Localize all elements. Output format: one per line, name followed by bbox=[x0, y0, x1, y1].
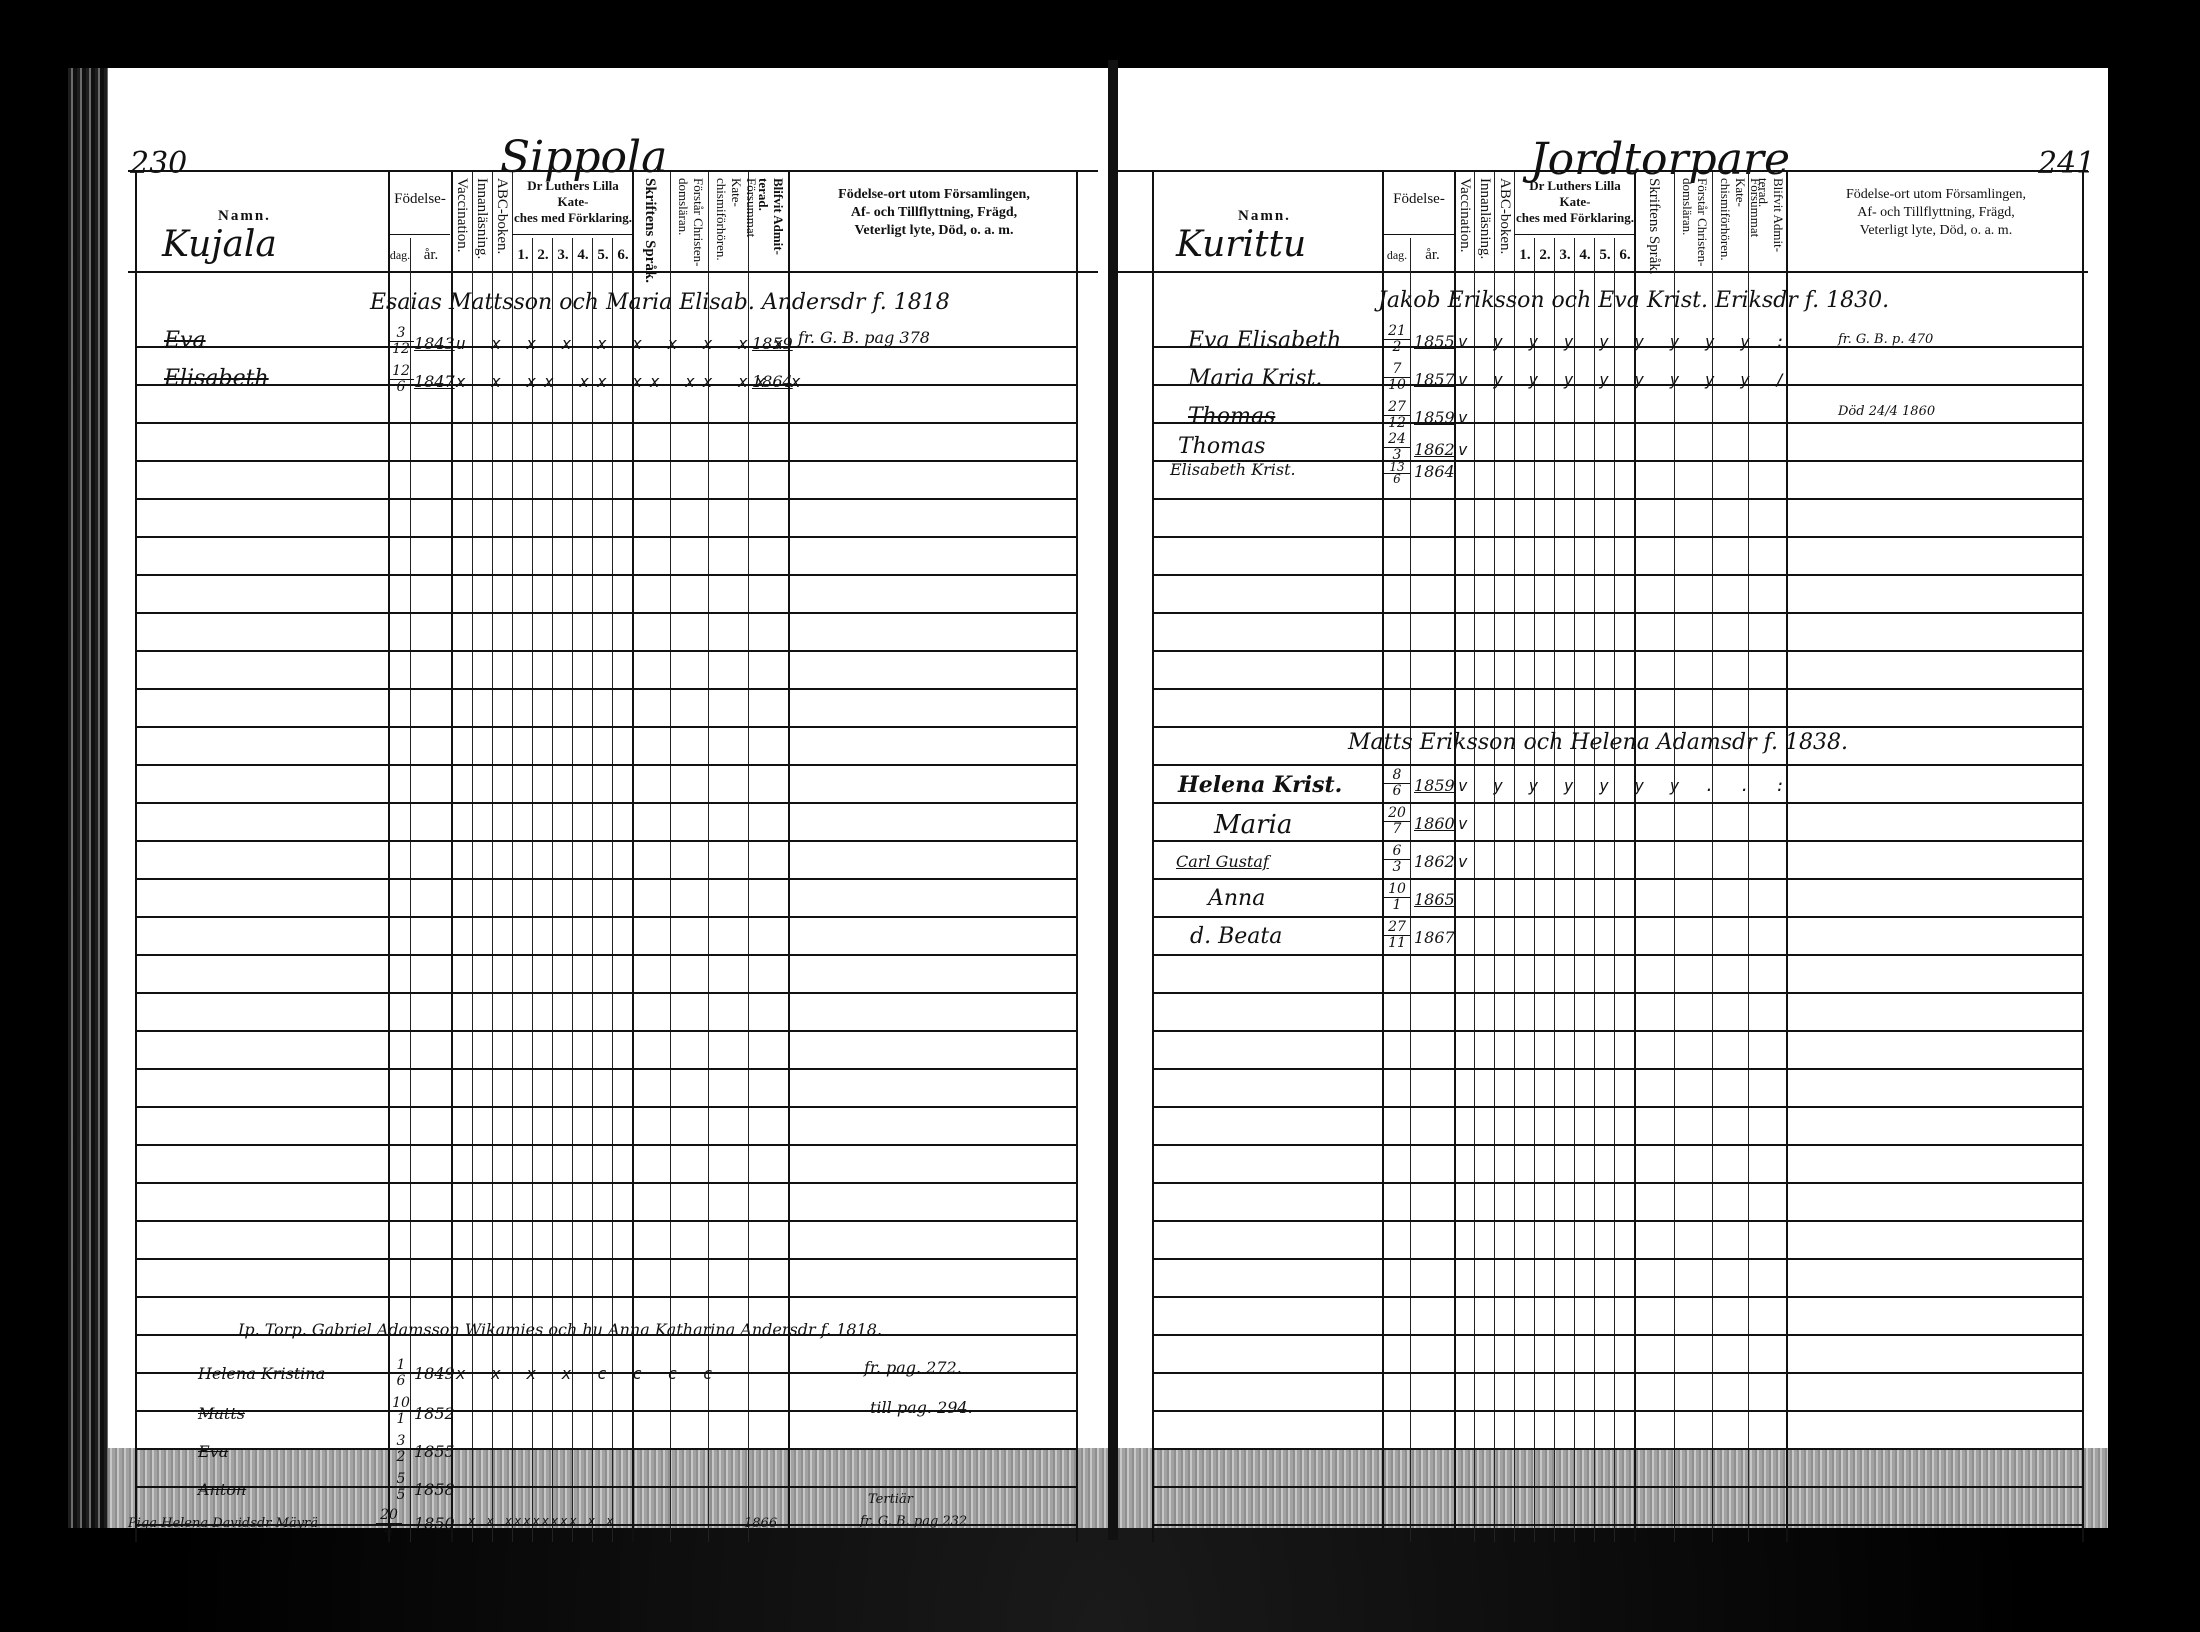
birth-year: 1860 bbox=[1414, 814, 1455, 833]
entry-name: Helena Krist. bbox=[1178, 772, 1342, 798]
header-admitterad: Blifvit Admit-terad. bbox=[756, 178, 786, 268]
remarks: Tertiär bbox=[868, 1492, 913, 1507]
entry-name: Elisabeth bbox=[164, 366, 269, 391]
birth-year: 1865 bbox=[1414, 890, 1455, 909]
header-katekes: Dr Luthers Lilla Kate- ches med Förklari… bbox=[513, 178, 633, 226]
birth-month: 12 bbox=[392, 341, 410, 357]
birth-day: 7 bbox=[1384, 362, 1410, 378]
family-header: Ip. Torp. Gabriel Adamsson Wikamies och … bbox=[238, 1320, 882, 1339]
entry-name: Thomas bbox=[1188, 404, 1275, 429]
remarks-line1: Födelse-ort utom Församlingen, bbox=[1846, 187, 2026, 202]
birth-year: 1852 bbox=[414, 1404, 455, 1423]
header-top-rule bbox=[1118, 170, 2088, 172]
left-farm-name: Kujala bbox=[162, 224, 277, 265]
sub-rule bbox=[512, 234, 632, 235]
birth-day: 12 bbox=[388, 364, 414, 380]
catechism-marks: v y y y y y y y y : bbox=[1458, 332, 1793, 351]
birth-month: 6 bbox=[1393, 783, 1402, 799]
birth-month: 6 bbox=[397, 1373, 406, 1389]
birth-day: 5 bbox=[388, 1472, 414, 1488]
remarks: fr. G. B. pag 232 bbox=[860, 1514, 967, 1529]
birth-day: 24 bbox=[1384, 432, 1410, 448]
header-innanlasning: Innanläsning. bbox=[1477, 178, 1492, 259]
family-header: Esaias Mattsson och Maria Elisab. Anders… bbox=[370, 290, 950, 315]
header-kat-2: 2. bbox=[1535, 246, 1555, 264]
remarks-line1: Födelse-ort utom Församlingen, bbox=[838, 187, 1030, 202]
birth-month: 1 bbox=[1393, 897, 1402, 913]
birth-day: 10 bbox=[388, 1396, 414, 1412]
header-bottom-rule bbox=[128, 271, 1098, 273]
entry-name: Maria bbox=[1214, 810, 1292, 840]
birth-year: 1859 bbox=[1414, 776, 1455, 795]
birth-year: 1862 bbox=[1414, 852, 1455, 871]
ruled-lines bbox=[1153, 310, 2082, 1530]
family-header: Jakob Eriksson och Eva Krist. Eriksdr f.… bbox=[1378, 288, 1889, 313]
header-remarks: Födelse-ort utom Församlingen, Af- och T… bbox=[1790, 186, 2082, 240]
birth-day: 8 bbox=[1384, 768, 1410, 784]
header-kat-6: 6. bbox=[1615, 246, 1635, 264]
right-page: Jordtorpare 241 Namn. Kurittu Födelse- d… bbox=[1118, 68, 2108, 1528]
header-kat-4: 4. bbox=[1575, 246, 1595, 264]
entry-name: Helena Kristina bbox=[198, 1364, 325, 1383]
entry-name: Thomas bbox=[1178, 434, 1265, 459]
birth-month: 10 bbox=[1388, 377, 1406, 393]
remarks: till pag. 294. bbox=[870, 1398, 973, 1417]
entry-name: Anton bbox=[198, 1480, 246, 1499]
catechism-marks: v y y y y y y y y / bbox=[1458, 370, 1793, 389]
left-page: 230 Sippola Namn. Kujala Födelse- dag. å… bbox=[108, 68, 1108, 1528]
birth-year: 1862 bbox=[1414, 440, 1455, 459]
header-top-rule bbox=[128, 170, 1098, 172]
catechism-marks: u x x x x x x x x x bbox=[456, 334, 791, 353]
header-katekes-line1: Dr Luthers Lilla Kate- bbox=[527, 178, 619, 209]
family-header: Matts Eriksson och Helena Adamsdr f. 183… bbox=[1348, 730, 1848, 755]
header-katekes-line2: ches med Förklaring. bbox=[1516, 210, 1634, 225]
birth-month: 6 bbox=[1393, 472, 1401, 486]
birth-month: 1 bbox=[397, 1411, 406, 1427]
header-forstar: Förstår Christen-domsläran. bbox=[1680, 178, 1710, 268]
header-forstar: Förstår Christen-domsläran. bbox=[676, 178, 706, 268]
catechism-marks: v bbox=[1458, 408, 1476, 427]
ruled-lines bbox=[136, 310, 1076, 1530]
birth-month: 5 bbox=[397, 1487, 406, 1503]
header-admitterad: Blifvit Admit-terad. bbox=[1756, 178, 1786, 268]
header-kat-3: 3. bbox=[553, 246, 573, 264]
entry-name: Piga Helena Davidsdr Mäyrä bbox=[128, 1516, 318, 1531]
header-bottom-rule bbox=[1118, 271, 2088, 273]
catechism-marks: v bbox=[1458, 814, 1476, 833]
header-abc-boken: ABC-boken. bbox=[1497, 178, 1512, 254]
sub-rule bbox=[390, 234, 450, 235]
catechism-marks: v bbox=[1458, 852, 1476, 871]
header-kat-1: 1. bbox=[513, 246, 533, 264]
birth-year: 1850 bbox=[414, 1514, 455, 1533]
admitted-year: 1859 bbox=[752, 334, 793, 353]
birth-day: 20 bbox=[376, 1508, 402, 1524]
birth-month: 3 bbox=[1393, 859, 1402, 875]
entry-name: Matts bbox=[198, 1404, 245, 1423]
remarks-line2: Af- och Tillflyttning, Frägd, bbox=[1857, 205, 2015, 220]
entry-name: Elisabeth Krist. bbox=[1170, 460, 1296, 479]
birth-year: 1858 bbox=[414, 1480, 455, 1499]
header-namn: Namn. bbox=[218, 208, 271, 225]
book-spine bbox=[1108, 60, 1118, 1540]
remarks: Död 24/4 1860 bbox=[1838, 404, 1935, 419]
header-vaccination: Vaccination. bbox=[454, 178, 469, 253]
header-katekes-line1: Dr Luthers Lilla Kate- bbox=[1529, 178, 1621, 209]
birth-year: 1855 bbox=[414, 1442, 455, 1461]
birth-month: 6 bbox=[397, 379, 406, 395]
entry-name: Eva Elisabeth bbox=[1188, 328, 1341, 353]
header-katekes-line2: ches med Förklaring. bbox=[514, 210, 632, 225]
birth-month: 7 bbox=[1393, 821, 1402, 837]
catechism-marks: x x x x c c c c bbox=[456, 1364, 721, 1383]
left-page-number: 230 bbox=[130, 146, 187, 181]
entry-name: Carl Gustaf bbox=[1176, 852, 1269, 871]
birth-year: 1847 bbox=[414, 372, 455, 391]
right-border bbox=[1076, 172, 1078, 1542]
remarks-line3: Veterligt lyte, Död, o. a. m. bbox=[855, 223, 1014, 238]
right-farm-name: Kurittu bbox=[1176, 224, 1306, 265]
birth-year: 1867 bbox=[1414, 928, 1455, 947]
header-namn: Namn. bbox=[1238, 208, 1291, 225]
sub-rule bbox=[1384, 234, 1454, 235]
header-remarks: Födelse-ort utom Församlingen, Af- och T… bbox=[792, 186, 1076, 240]
catechism-marks: v y y y y y y . . : bbox=[1458, 776, 1793, 795]
sub-rule bbox=[1514, 234, 1634, 235]
header-fodelse: Födelse- bbox=[1384, 190, 1454, 208]
header-kat-4: 4. bbox=[573, 246, 593, 264]
header-fodelse: Födelse- bbox=[390, 190, 450, 208]
admitted-year: 1864 bbox=[752, 372, 793, 391]
header-dag: dag. bbox=[1383, 246, 1411, 264]
header-kat-6: 6. bbox=[613, 246, 633, 264]
birth-day: 3 bbox=[388, 1434, 414, 1450]
birth-month: 12 bbox=[1388, 415, 1406, 431]
header-skriftens-sprak: Skriftens Språk. bbox=[642, 178, 657, 283]
left-village-name: Sippola bbox=[500, 132, 667, 183]
right-border bbox=[2082, 172, 2084, 1542]
header-forsummat: Försummat Kate-chismiförhören. bbox=[714, 178, 759, 268]
birth-month: 2 bbox=[397, 1449, 406, 1465]
header-katekes: Dr Luthers Lilla Kate- ches med Förklari… bbox=[1515, 178, 1635, 226]
entry-name: d. Beata bbox=[1190, 924, 1282, 949]
header-skriftens-sprak: Skriftens Språk. bbox=[1646, 178, 1661, 275]
birth-month: 2 bbox=[1393, 339, 1402, 355]
header-kat-2: 2. bbox=[533, 246, 553, 264]
birth-year: 1859 bbox=[1414, 408, 1455, 427]
header-abc-boken: ABC-boken. bbox=[494, 178, 509, 254]
header-dag: dag. bbox=[389, 246, 411, 264]
birth-year: 1849 bbox=[414, 1364, 455, 1383]
birth-year: 1855 bbox=[1414, 332, 1455, 351]
birth-day: 6 bbox=[1384, 844, 1410, 860]
birth-day: 21 bbox=[1384, 324, 1410, 340]
header-vaccination: Vaccination. bbox=[1457, 178, 1472, 253]
catechism-marks: v bbox=[1458, 440, 1476, 459]
birth-day: 10 bbox=[1384, 882, 1410, 898]
header-innanlasning: Innanläsning. bbox=[474, 178, 489, 259]
right-page-number: 241 bbox=[2038, 146, 2095, 181]
entry-name: Anna bbox=[1208, 886, 1265, 911]
birth-day: 27 bbox=[1384, 920, 1410, 936]
birth-day: 3 bbox=[388, 326, 414, 342]
birth-year: 1857 bbox=[1414, 370, 1455, 389]
birth-month: 4 bbox=[385, 1523, 394, 1539]
catechism-marks: x x xxxxxxxx x x bbox=[468, 1514, 616, 1528]
birth-day: 1 bbox=[388, 1358, 414, 1374]
admitted-year: 1866 bbox=[744, 1516, 777, 1531]
birth-year: 1864 bbox=[1414, 462, 1455, 481]
header-ar: år. bbox=[1411, 246, 1454, 264]
header-ar: år. bbox=[411, 246, 451, 264]
birth-year: 1843 bbox=[414, 334, 455, 353]
header-kat-1: 1. bbox=[1515, 246, 1535, 264]
birth-month: 11 bbox=[1388, 935, 1406, 951]
remarks-line3: Veterligt lyte, Död, o. a. m. bbox=[1860, 223, 2012, 238]
header-kat-5: 5. bbox=[593, 246, 613, 264]
birth-day: 27 bbox=[1384, 400, 1410, 416]
entry-name: Maria Krist. bbox=[1188, 366, 1322, 391]
remarks: fr. G. B. p. 470 bbox=[1838, 332, 1933, 347]
remarks: fr. G. B. pag 378 bbox=[798, 328, 930, 347]
header-kat-3: 3. bbox=[1555, 246, 1575, 264]
entry-name: Eva bbox=[164, 328, 206, 353]
remarks: fr. pag. 272. bbox=[864, 1358, 962, 1377]
remarks-line2: Af- och Tillflyttning, Frägd, bbox=[851, 205, 1017, 220]
header-kat-5: 5. bbox=[1595, 246, 1615, 264]
birth-day: 20 bbox=[1384, 806, 1410, 822]
entry-name: Eva bbox=[198, 1442, 228, 1461]
